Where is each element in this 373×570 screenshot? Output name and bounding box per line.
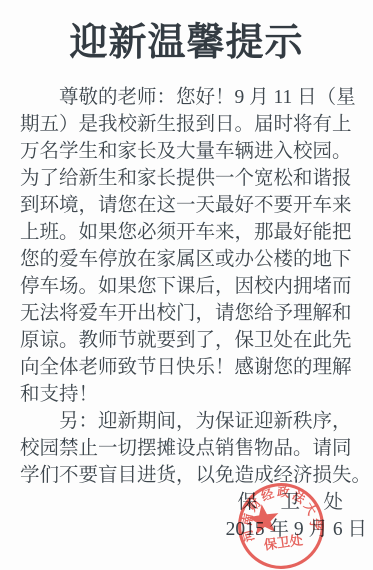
body-line: 期五）是我校新生报到日。届时将有上: [20, 111, 353, 138]
body-line: 校园禁止一切摆摊设点销售物品。请同: [20, 435, 353, 462]
body-line: 尊敬的老师：您好！9 月 11 日（星: [20, 84, 353, 111]
notice-body: 尊敬的老师：您好！9 月 11 日（星 期五）是我校新生报到日。届时将有上 万名…: [0, 84, 373, 489]
body-line: 和支持！: [20, 381, 353, 408]
signature-date: 2015 年 9 月 6 日: [0, 516, 367, 543]
body-line: 您的爱车停放在家属区或办公楼的地下: [20, 246, 353, 273]
notice-document-page: 迎新温馨提示 尊敬的老师：您好！9 月 11 日（星 期五）是我校新生报到日。届…: [0, 0, 373, 570]
body-line: 到环境，请您在这一天最好不要开车来: [20, 192, 353, 219]
body-line: 万名学生和家长及大量车辆进入校园。: [20, 138, 353, 165]
body-line: 向全体老师致节日快乐！感谢您的理解: [20, 354, 353, 381]
body-line: 学们不要盲目进货，以免造成经济损失。: [20, 462, 353, 489]
body-line: 原谅。教师节就要到了，保卫处在此先: [20, 327, 353, 354]
body-line: 为了给新生和家长提供一个宽松和谐报: [20, 165, 353, 192]
body-line: 另：迎新期间，为保证迎新秩序，: [20, 408, 353, 435]
body-line: 无法将爱车开出校门，请您给予理解和: [20, 300, 353, 327]
signature-department: 保 卫 处: [0, 489, 345, 516]
body-line: 停车场。如果您下课后，因校内拥堵而: [20, 273, 353, 300]
body-line: 上班。如果您必须开车来，那最好能把: [20, 219, 353, 246]
page-title: 迎新温馨提示: [0, 0, 373, 64]
